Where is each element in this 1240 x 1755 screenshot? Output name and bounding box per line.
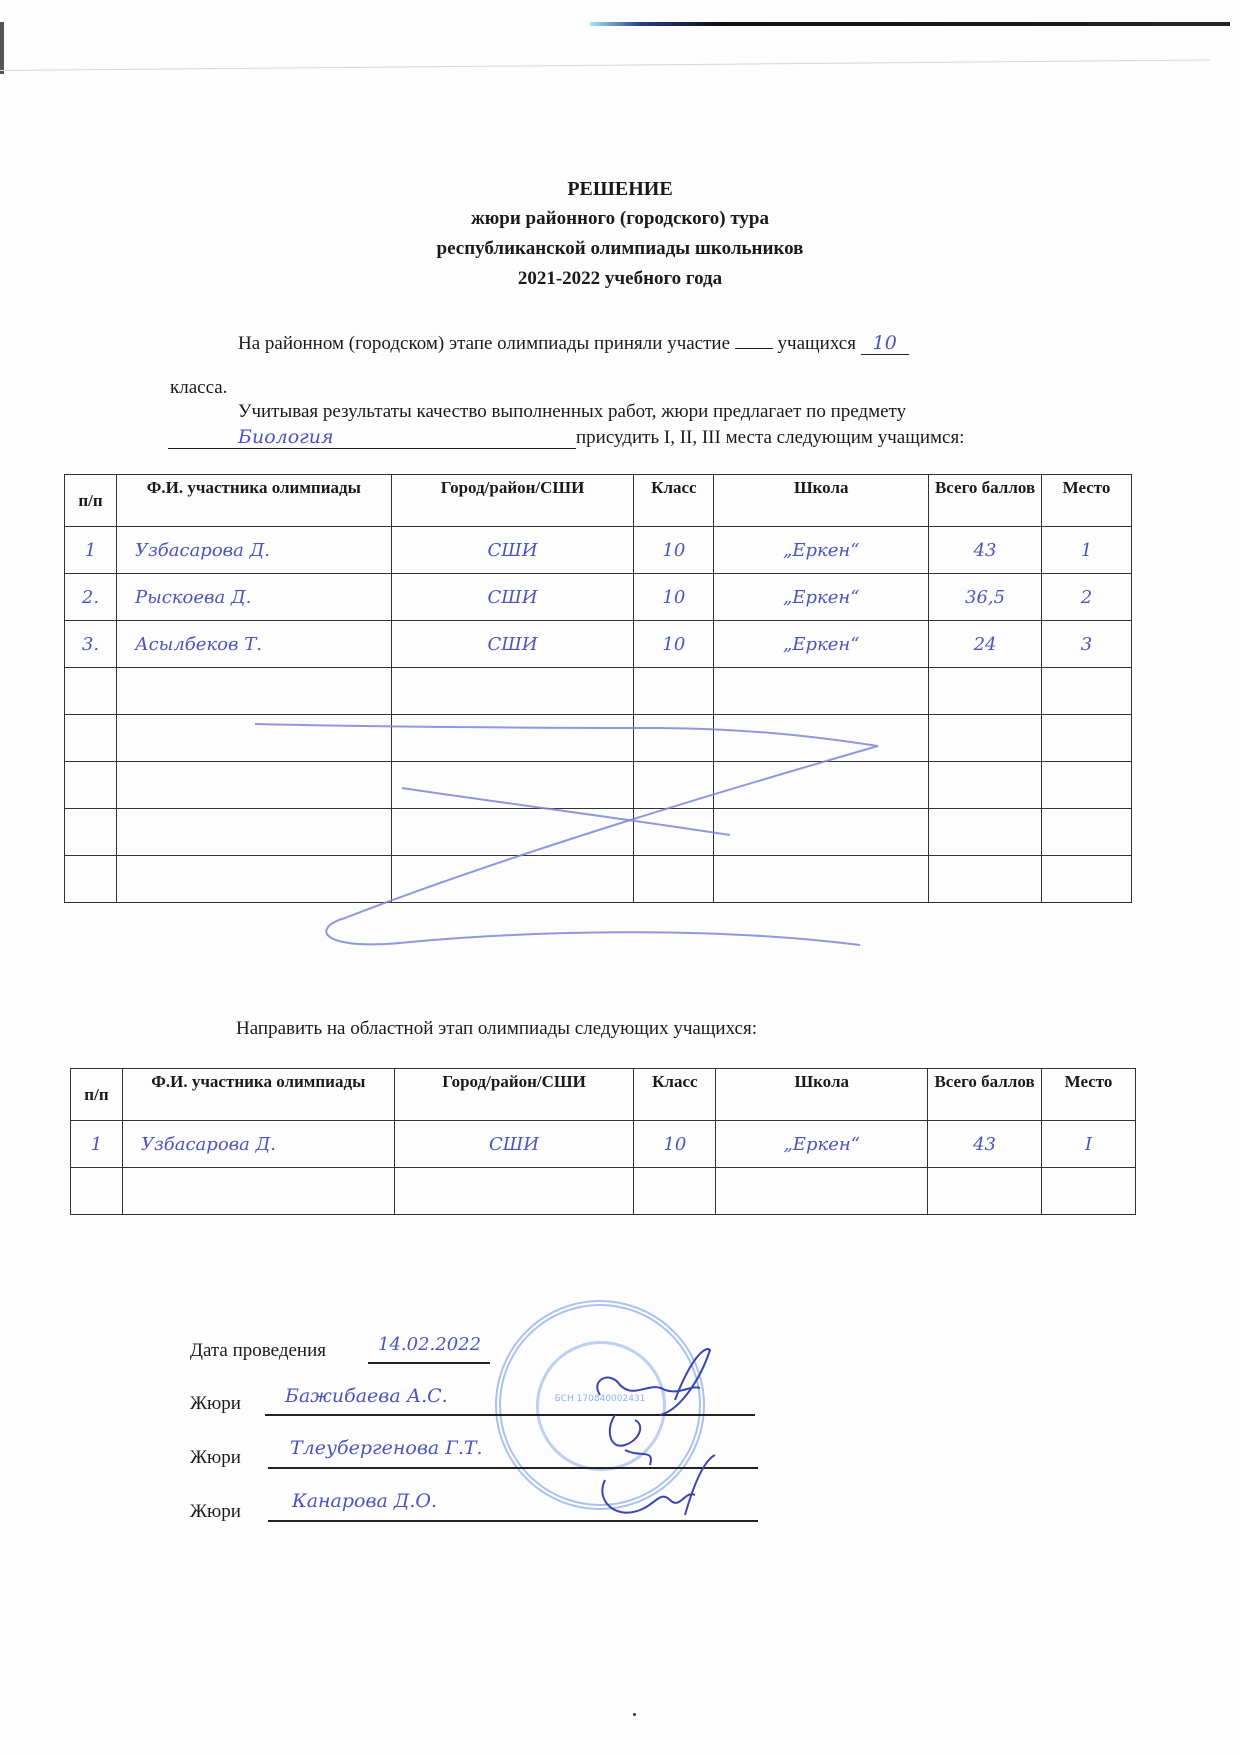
table-header-row: п/п Ф.И. участника олимпиады Город/район… [71,1069,1136,1121]
jury-name-3: Канарова Д.О. [292,1490,437,1512]
participants-count-field [735,348,773,349]
header-grade: Класс [634,475,714,527]
page-mark [633,1713,636,1716]
results-table: п/п Ф.И. участника олимпиады Город/район… [64,474,1132,903]
table-row [65,856,1132,903]
table-row: 3.Асылбеков Т.СШИ10„Еркен“243 [65,621,1132,668]
cell-place [1042,856,1132,903]
intro-part3: класса. [170,377,227,399]
jury-name-1: Бажибаева А.С. [285,1385,448,1407]
grade-field: 10 [861,332,909,355]
cell-school [714,762,929,809]
jury-label-2: Жюри [190,1447,241,1469]
regional-heading: Направить на областной этап олимпиады сл… [236,1018,757,1040]
header-num: п/п [65,475,117,527]
header-city: Город/район/СШИ [391,475,634,527]
header-name: Ф.И. участника олимпиады [116,475,391,527]
header-city: Город/район/СШИ [394,1069,634,1121]
header-grade: Класс [634,1069,716,1121]
cell-num: 2. [65,574,117,621]
cell-school [714,668,929,715]
cell-score: 43 [929,527,1042,574]
cell-city [391,856,634,903]
cell-city: СШИ [391,574,634,621]
cell-school: „Еркен“ [714,621,929,668]
subject-field: Биология [168,426,576,449]
jury-label-1: Жюри [190,1393,241,1415]
regional-table: п/п Ф.И. участника олимпиады Город/район… [70,1068,1136,1215]
cell-grade [634,809,714,856]
cell-school: „Еркен“ [716,1121,928,1168]
jury-line-2 [268,1467,758,1469]
cell-place [1042,715,1132,762]
cell-city [391,668,634,715]
cell-num: 3. [65,621,117,668]
jury-name-2: Тлеубергенова Г.Т. [290,1437,483,1459]
stamp-emblem [536,1341,666,1471]
cell-score [929,809,1042,856]
cell-name [116,715,391,762]
cell-city: СШИ [391,527,634,574]
cell-num [65,856,117,903]
cell-score [929,762,1042,809]
cell-num [71,1168,123,1215]
cell-name: Узбасарова Д. [122,1121,394,1168]
subtitle-line-2: республиканской олимпиады школьников [0,238,1240,260]
cell-num [65,762,117,809]
cell-city [394,1168,634,1215]
cell-name [122,1168,394,1215]
table-row [65,762,1132,809]
cell-grade [634,715,714,762]
table-row [65,809,1132,856]
stamp-text: БСН 170840002431 [501,1394,699,1404]
cell-grade: 10 [634,621,714,668]
subtitle-line-1: жюри районного (городского) тура [0,208,1240,230]
header-score: Всего баллов [929,475,1042,527]
header-school: Школа [716,1069,928,1121]
subtitle-line-3: 2021-2022 учебного года [0,268,1240,290]
cell-num: 1 [71,1121,123,1168]
intro-part2: учащихся [778,333,856,354]
cell-place [1042,1168,1136,1215]
cell-name [116,809,391,856]
cell-city [391,809,634,856]
cell-place: I [1042,1121,1136,1168]
date-label: Дата проведения [190,1340,326,1362]
cell-num: 1 [65,527,117,574]
scan-line [0,59,1210,71]
header-place: Место [1042,475,1132,527]
cell-school [714,856,929,903]
table-header-row: п/п Ф.И. участника олимпиады Город/район… [65,475,1132,527]
intro-line-2: Учитывая результаты качество выполненных… [238,401,906,423]
cell-city: СШИ [391,621,634,668]
table-row [65,715,1132,762]
cell-num [65,715,117,762]
cell-grade: 10 [634,574,714,621]
scan-edge [0,22,4,74]
intro-line-1: На районном (городском) этапе олимпиады … [238,332,909,355]
cell-score: 24 [929,621,1042,668]
cell-school [716,1168,928,1215]
cell-grade [634,762,714,809]
date-line [368,1362,490,1364]
cell-school: „Еркен“ [714,574,929,621]
jury-line-1 [265,1414,755,1416]
cell-place: 2 [1042,574,1132,621]
cell-place: 1 [1042,527,1132,574]
date-value: 14.02.2022 [378,1334,481,1355]
document-title: РЕШЕНИЕ [0,178,1240,201]
table-row: 1Узбасарова Д.СШИ10„Еркен“431 [65,527,1132,574]
cell-grade [634,1168,716,1215]
table-row: 1Узбасарова Д.СШИ10„Еркен“43I [71,1121,1136,1168]
cell-num [65,809,117,856]
cell-score [929,856,1042,903]
cell-place [1042,668,1132,715]
table-row [65,668,1132,715]
cell-city: СШИ [394,1121,634,1168]
cell-grade: 10 [634,1121,716,1168]
jury-line-3 [268,1520,758,1522]
cell-city [391,762,634,809]
cell-city [391,715,634,762]
header-name: Ф.И. участника олимпиады [122,1069,394,1121]
header-place: Место [1042,1069,1136,1121]
cell-school: „Еркен“ [714,527,929,574]
cell-name [116,856,391,903]
cell-score [928,1168,1042,1215]
table-row [71,1168,1136,1215]
intro-part1: На районном (городском) этапе олимпиады … [238,333,730,354]
cell-name: Узбасарова Д. [116,527,391,574]
scan-top-border [590,22,1230,26]
cell-grade [634,856,714,903]
cell-grade [634,668,714,715]
cell-name [116,762,391,809]
cell-name: Асылбеков Т. [116,621,391,668]
cell-name [116,668,391,715]
table-row: 2.Рыскоева Д.СШИ10„Еркен“36,52 [65,574,1132,621]
official-stamp: БСН 170840002431 [495,1300,705,1510]
header-score: Всего баллов [928,1069,1042,1121]
cell-score: 43 [928,1121,1042,1168]
cell-num [65,668,117,715]
cell-score: 36,5 [929,574,1042,621]
cell-school [714,809,929,856]
cell-score [929,668,1042,715]
cell-place [1042,762,1132,809]
cell-place [1042,809,1132,856]
header-num: п/п [71,1069,123,1121]
header-school: Школа [714,475,929,527]
cell-score [929,715,1042,762]
cell-name: Рыскоева Д. [116,574,391,621]
cell-grade: 10 [634,527,714,574]
cell-place: 3 [1042,621,1132,668]
cell-school [714,715,929,762]
jury-label-3: Жюри [190,1501,241,1523]
intro-line3-text: присудить I, II, III места следующим уча… [576,427,964,448]
intro-line-3: Биологияприсудить I, II, III места следу… [168,426,964,449]
